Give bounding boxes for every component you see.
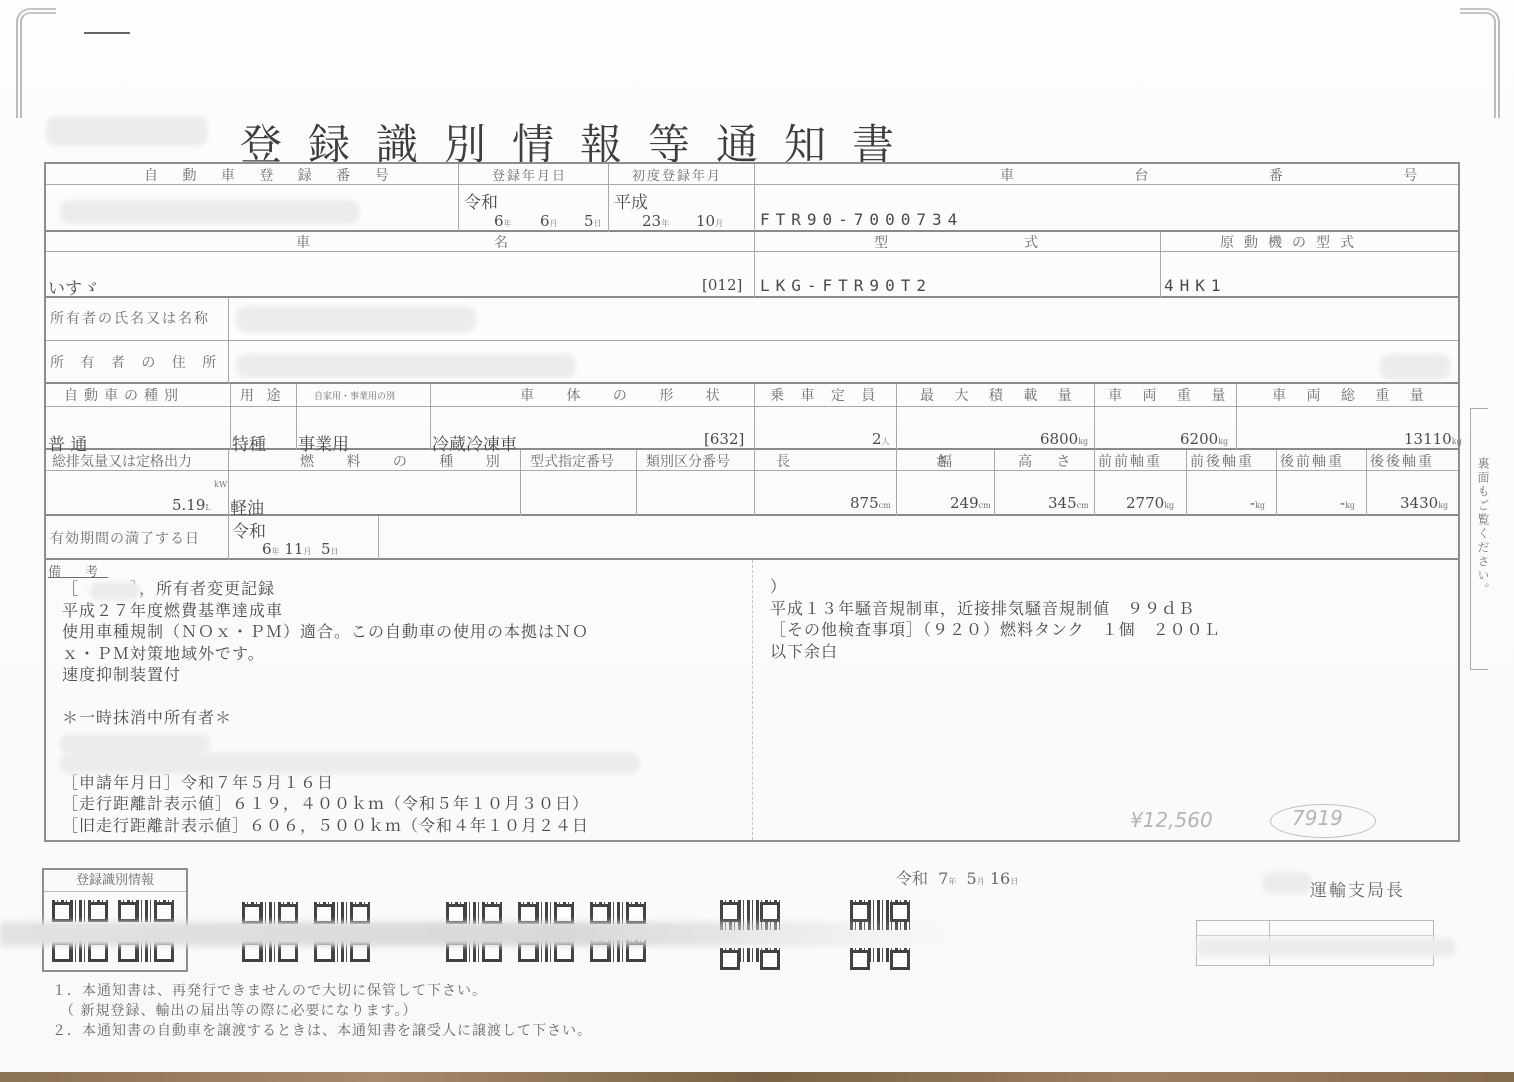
remarks-left-line: ［申請年月日］令和７年５月１６日	[62, 772, 589, 794]
qr-code-icon	[720, 948, 780, 962]
handwritten-amount: ¥12,560	[1130, 808, 1213, 832]
ff-axle-value: 2770kg	[1126, 494, 1174, 512]
qr-code-icon	[590, 902, 646, 924]
validity-era: 令和	[232, 517, 266, 542]
side-note-box: 裏面もご覧ください。	[1470, 408, 1488, 670]
first-reg-era: 平成	[614, 188, 648, 213]
handwritten-circled-number: 7919	[1292, 806, 1343, 830]
model-value: LKG-FTR90T2	[760, 276, 932, 295]
vehicle-name-label: 車	[296, 232, 320, 252]
remarks-right-line: 以下余白	[770, 641, 1221, 663]
reg-date-label: 登録年月日	[492, 165, 567, 184]
remarks-left-line: 速度抑制装置付	[62, 664, 589, 686]
fr-axle-value: -kg	[1250, 494, 1265, 512]
issue-date: 令和 7年 5月 16日	[896, 866, 1018, 889]
redacted-corner	[1380, 354, 1450, 380]
vehicle-name-code: [012]	[702, 276, 742, 294]
redacted-stamp	[1196, 938, 1456, 956]
chassis-number-label: 車 台 番 号	[1000, 165, 1475, 185]
fuel-type-label: 燃 料 の 種 別	[300, 451, 514, 471]
first-reg-label: 初度登録年月	[632, 165, 722, 184]
fuel-type-value: 軽油	[230, 494, 264, 519]
model-label: 型	[874, 232, 898, 252]
length-label: 長 さ	[776, 451, 1018, 471]
redacted-bureau-name	[1262, 872, 1312, 894]
remarks-left-line: ［走行距離計表示値］６１９，４００ｋｍ（令和５年１０月３０日）	[62, 793, 589, 815]
fr-axle-label: 前後軸重	[1190, 451, 1254, 471]
remarks-left-line: ｘ・ＰＭ対策地域外です。	[62, 643, 589, 665]
top-dash-mark	[84, 32, 130, 34]
body-shape-code: [632]	[704, 430, 744, 448]
qr-code-icon	[52, 900, 108, 922]
qr-code-icon	[314, 902, 370, 924]
displacement-unit-top: kW	[214, 480, 227, 489]
rf-axle-value: -kg	[1340, 494, 1355, 512]
vehicle-weight-value: 6200kg	[1180, 430, 1228, 448]
rf-axle-label: 後前軸重	[1280, 451, 1344, 471]
plate-number-label: 自 動 車 登 録 番 号	[144, 165, 399, 185]
body-shape-label: 車 体 の 形 状	[520, 385, 734, 405]
qr-code-icon	[118, 900, 174, 922]
qr-code-icon	[518, 902, 574, 924]
gross-weight-label: 車 両 総 重 量	[1272, 385, 1432, 405]
vehicle-weight-label: 車 両 重 量	[1108, 385, 1233, 405]
capacity-label: 乗 車 定 員	[770, 385, 881, 405]
reg-date-year: 6年	[494, 212, 512, 230]
reg-date-day: 5日	[584, 212, 602, 230]
capacity-value: 2人	[872, 430, 890, 448]
ornament-corner-left	[16, 8, 56, 118]
remarks-left-column: ［ ］，所有者変更記録平成２７年度燃費基準達成車使用車種規制（ＮＯｘ・ＰＭ）適合…	[62, 578, 589, 836]
redacted-remark-code	[90, 582, 140, 600]
private-business-label: 自家用・事業用の別	[314, 389, 395, 402]
rr-axle-label: 後後軸重	[1370, 451, 1434, 471]
remarks-right-column: ）平成１３年騒音規制車，近接排気騒音規制値 ９９ｄＢ［その他検査事項］（９２０）…	[770, 576, 1221, 662]
footnote-1: １．本通知書は、再発行できませんので大切に保管して下さい。	[52, 980, 487, 1000]
remarks-left-line: ［旧走行距離計表示値］６０６，５００ｋｍ（令和４年１０月２４日	[62, 815, 589, 837]
footnote-2: ２．本通知書の自動車を譲渡するときは、本通知書を譲受人に譲渡して下さい。	[52, 1020, 592, 1040]
vehicle-name-value: いすゞ	[48, 274, 99, 299]
validity-date: 6年 11月 5日	[262, 540, 339, 558]
owner-address-label: 所 有 者 の 住 所	[50, 352, 222, 372]
use-value: 特種	[232, 430, 266, 455]
max-load-label: 最 大 積 載 量	[920, 385, 1080, 405]
remarks-left-line	[62, 686, 589, 708]
qr-code-icon	[446, 902, 502, 924]
remarks-right-line: ［その他検査事項］（９２０）燃料タンク １個 ２００Ｌ	[770, 619, 1221, 641]
remarks-right-line: 平成１３年騒音規制車，近接排気騒音規制値 ９９ｄＢ	[770, 598, 1221, 620]
validity-label: 有効期間の満了する日	[50, 528, 200, 548]
reg-date-month: 6月	[540, 212, 558, 230]
remarks-right-line: ）	[770, 576, 1221, 598]
table-surface	[0, 1072, 1514, 1082]
vehicle-name-label-2: 名	[494, 232, 518, 252]
length-value: 875cm	[850, 494, 891, 512]
qr-code-icon	[850, 948, 910, 962]
width-value: 249cm	[950, 494, 991, 512]
remarks-left-line: 使用車種規制（ＮＯｘ・ＰＭ）適合。この自動車の使用の本拠はＮＯ	[62, 621, 589, 643]
displacement-label: 総排気量又は定格出力	[52, 451, 192, 471]
redacted-temp-owner-name	[60, 734, 210, 754]
class-number-label: 類別区分番号	[646, 451, 730, 471]
side-note-text: 裏面もご覧ください。	[1475, 457, 1492, 597]
engine-model-label: 原動機の型式	[1220, 232, 1364, 252]
remarks-left-line: 平成２７年度燃費基準達成車	[62, 600, 589, 622]
redacted-plate-number	[60, 200, 360, 224]
footnote-1b: （ 新規登録、輸出の届出等の際に必要になります。）	[52, 1000, 417, 1020]
paper-sheet: 登録識別情報等通知書 自 動 車 登 録 番 号 登録年月日 初度登録年月 車 …	[0, 0, 1514, 1070]
owner-name-label: 所有者の氏名又は名称	[50, 308, 210, 328]
chassis-number-value: FTR90-7000734	[760, 210, 963, 229]
issuer-title: 運輸支局長	[1310, 876, 1405, 901]
reg-date-era: 令和	[464, 188, 498, 213]
width-label: 幅	[938, 451, 962, 471]
use-label: 用 途	[240, 385, 284, 405]
rr-axle-value: 3430kg	[1400, 494, 1448, 512]
ff-axle-label: 前前軸重	[1098, 451, 1162, 471]
remarks-left-line: ［ ］，所有者変更記録	[62, 578, 589, 600]
max-load-value: 6800kg	[1040, 430, 1088, 448]
qr-info-label: 登録識別情報	[44, 870, 186, 892]
remarks-left-line: ＊一時抹消中所有者＊	[62, 707, 589, 729]
redacted-temp-owner-address	[60, 752, 640, 774]
redacted-owner-address	[236, 354, 576, 378]
first-reg-month: 10月	[696, 212, 723, 230]
height-label: 高 さ	[1018, 451, 1080, 471]
redacted-office	[46, 116, 208, 146]
redacted-owner-name	[236, 306, 476, 332]
type-designation-label: 型式指定番号	[530, 451, 614, 471]
vehicle-category-label: 自動車の種別	[64, 385, 184, 405]
qr-code-icon	[242, 902, 298, 924]
height-value: 345cm	[1048, 494, 1089, 512]
first-reg-year: 23年	[642, 212, 669, 230]
redaction-band	[0, 922, 950, 946]
ornament-corner-right	[1460, 8, 1500, 118]
displacement-value: 5.19L	[172, 496, 211, 514]
model-label-2: 式	[1024, 232, 1048, 252]
engine-model-value: 4HK1	[1164, 276, 1227, 295]
gross-weight-value: 13110kg	[1404, 430, 1462, 448]
